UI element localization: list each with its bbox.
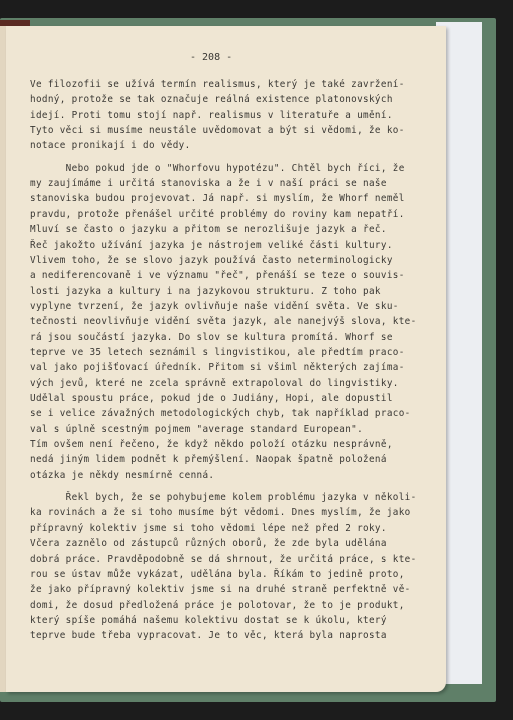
text-line: Tyto věci si musíme neustále uvědomovat … [30, 124, 405, 138]
text-line: Řekl bych, že se pohybujeme kolem problé… [30, 491, 417, 505]
text-line: losti jazyka a kultury i na jazykovou st… [30, 285, 381, 299]
text-line: se i velice závažných metodologických ch… [30, 407, 411, 421]
text-line: který spíše pomáhá našemu kolektivu dost… [30, 614, 387, 628]
text-line: že jako přípravný kolektiv jsme si na dr… [30, 583, 411, 597]
text-line: vých jevů, které ne zcela správně extrap… [30, 377, 399, 391]
text-line: Mluví se často o jazyku a přitom se nero… [30, 223, 387, 237]
text-line: Vlivem toho, že se slovo jazyk používá č… [30, 254, 393, 268]
text-line: my zaujímáme i určitá stanoviska a že i … [30, 177, 387, 191]
text-line: val s úplně scestným pojmem "average sta… [30, 423, 363, 437]
text-line: idejí. Proti tomu stojí např. realismus … [30, 109, 393, 123]
text-line: dobrá práce. Pravděpodobně se dá shrnout… [30, 553, 417, 567]
text-line: rá jsou součástí jazyka. Do slov se kult… [30, 331, 393, 345]
text-line: Ve filozofii se užívá termín realismus, … [30, 78, 405, 92]
text-line: notace pronikají i do vědy. [30, 139, 191, 153]
text-line: Udělal spoustu práce, pokud jde o Judián… [30, 392, 393, 406]
page-number: - 208 - [190, 52, 232, 63]
text-line: tečnosti neovlivňuje vidění světa jazyk,… [30, 315, 417, 329]
text-line: teprve bude třeba vypracovat. Je to věc,… [30, 629, 387, 643]
text-line: Nebo pokud jde o "Whorfovu hypotézu". Ch… [30, 162, 405, 176]
text-line: teprve ve 35 letech seznámil s lingvisti… [30, 346, 405, 360]
text-line: hodný, protože se tak označuje reálná ex… [30, 93, 393, 107]
text-line: ka rovinách a že si toho musíme být vědo… [30, 506, 411, 520]
text-line: a nediferencovaně i ve významu "řeč", př… [30, 269, 405, 283]
text-line: přípravný kolektiv jsme si toho vědomi l… [30, 522, 387, 536]
text-line: pravdu, protože přenášel určité problémy… [30, 208, 405, 222]
text-line: domi, že dosud předložená práce je polot… [30, 599, 405, 613]
text-line: otázka je někdy nesmírně cenná. [30, 469, 214, 483]
text-line: val jako pojišťovací úředník. Přitom si … [30, 361, 405, 375]
text-line: stanoviska budou projevovat. Já např. si… [30, 192, 405, 206]
text-line: rou se ústav může vykázat, udělána byla.… [30, 568, 405, 582]
text-line: Včera zaznělo od zástupců různých oborů,… [30, 537, 387, 551]
text-line: Tím ovšem není řečeno, že když někdo pol… [30, 438, 393, 452]
text-line: vyplyne tvrzení, že jazyk ovlivňuje naše… [30, 300, 399, 314]
text-line: Řeč jakožto užívání jazyka je nástrojem … [30, 239, 393, 253]
text-line: nedá jiným lidem podnět k přemýšlení. Na… [30, 453, 387, 467]
